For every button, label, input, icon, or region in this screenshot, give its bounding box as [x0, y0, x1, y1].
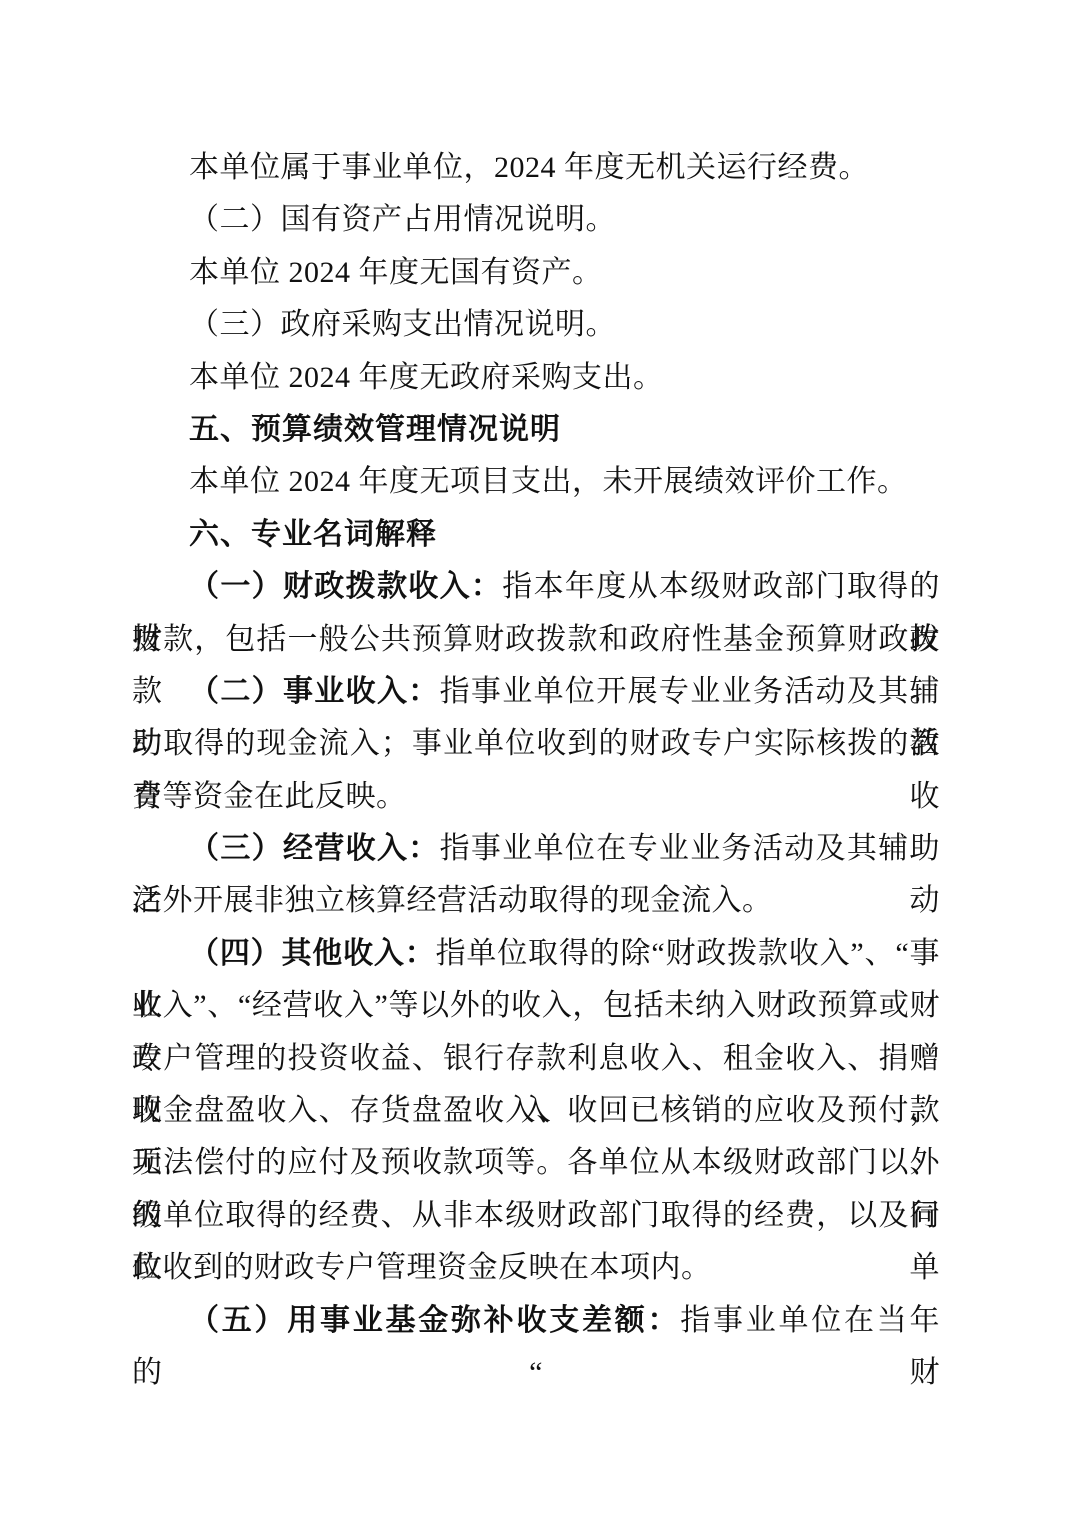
term-definition-line: （三）经营收入：指事业单位在专业业务活动及其辅助活动 — [132, 823, 940, 875]
text-line: 本单位 2024 年度无项目支出，未开展绩效评价工作。 — [132, 456, 940, 508]
document-page: 本单位属于事业单位，2024 年度无机关运行经费。 （二）国有资产占用情况说明。… — [0, 0, 1074, 1520]
line-text: 位收到的财政专户管理资金反映在本项内。 — [132, 1251, 712, 1284]
text-line: 收入”、“经营收入”等以外的收入，包括未纳入财政预算或财政 — [132, 980, 940, 1032]
line-text: 之外开展非独立核算经营活动取得的现金流入。 — [132, 884, 773, 917]
subsection-title: （二）国有资产占用情况说明。 — [132, 194, 940, 246]
heading-text: 六、专业名词解释 — [189, 518, 437, 551]
section-heading-glossary: 六、专业名词解释 — [132, 509, 940, 561]
text-line: 本单位 2024 年度无政府采购支出。 — [132, 352, 940, 404]
term-label: （三）经营收入： — [189, 832, 440, 865]
text-line: 动取得的现金流入；事业单位收到的财政专户实际核拨的教育收 — [132, 718, 940, 770]
term-label: （一）财政拨款收入： — [189, 570, 502, 603]
line-text: 费等资金在此反映。 — [132, 780, 407, 813]
term-definition-line: （一）财政拨款收入：指本年度从本级财政部门取得的财政 — [132, 561, 940, 613]
text-line: 本单位属于事业单位，2024 年度无机关运行经费。 — [132, 142, 940, 194]
heading-text: 五、预算绩效管理情况说明 — [189, 413, 561, 446]
line-text: （三）政府采购支出情况说明。 — [189, 308, 616, 341]
line-text: 本单位属于事业单位，2024 年度无机关运行经费。 — [189, 151, 869, 184]
term-label: （五）用事业基金弥补收支差额： — [189, 1304, 680, 1337]
term-definition-line: （五）用事业基金弥补收支差额：指事业单位在当年的“财 — [132, 1295, 940, 1347]
term-label: （四）其他收入： — [189, 937, 436, 970]
section-heading-performance: 五、预算绩效管理情况说明 — [132, 404, 940, 456]
text-line: 现金盘盈收入、存货盘盈收入、收回已核销的应收及预付款项、 — [132, 1085, 940, 1137]
document-body: 本单位属于事业单位，2024 年度无机关运行经费。 （二）国有资产占用情况说明。… — [132, 142, 940, 1347]
text-line: 专户管理的投资收益、银行存款利息收入、租金收入、捐赠收入， — [132, 1033, 940, 1085]
text-line: 无法偿付的应付及预收款项等。各单位从本级财政部门以外的同 — [132, 1137, 940, 1189]
line-text: 本单位 2024 年度无国有资产。 — [189, 256, 603, 289]
term-definition-line: （二）事业收入：指事业单位开展专业业务活动及其辅助活 — [132, 666, 940, 718]
line-text: 本单位 2024 年度无政府采购支出。 — [189, 361, 664, 394]
text-line: 拨款，包括一般公共预算财政拨款和政府性基金预算财政拨款。 — [132, 614, 940, 666]
line-text: 本单位 2024 年度无项目支出，未开展绩效评价工作。 — [189, 465, 908, 498]
term-definition-line: （四）其他收入：指单位取得的除“财政拨款收入”、“事业 — [132, 928, 940, 980]
text-line: 本单位 2024 年度无国有资产。 — [132, 247, 940, 299]
term-label: （二）事业收入： — [189, 675, 440, 708]
subsection-title: （三）政府采购支出情况说明。 — [132, 299, 940, 351]
line-text: （二）国有资产占用情况说明。 — [189, 203, 616, 236]
text-line: 级单位取得的经费、从非本级财政部门取得的经费，以及行政单 — [132, 1190, 940, 1242]
